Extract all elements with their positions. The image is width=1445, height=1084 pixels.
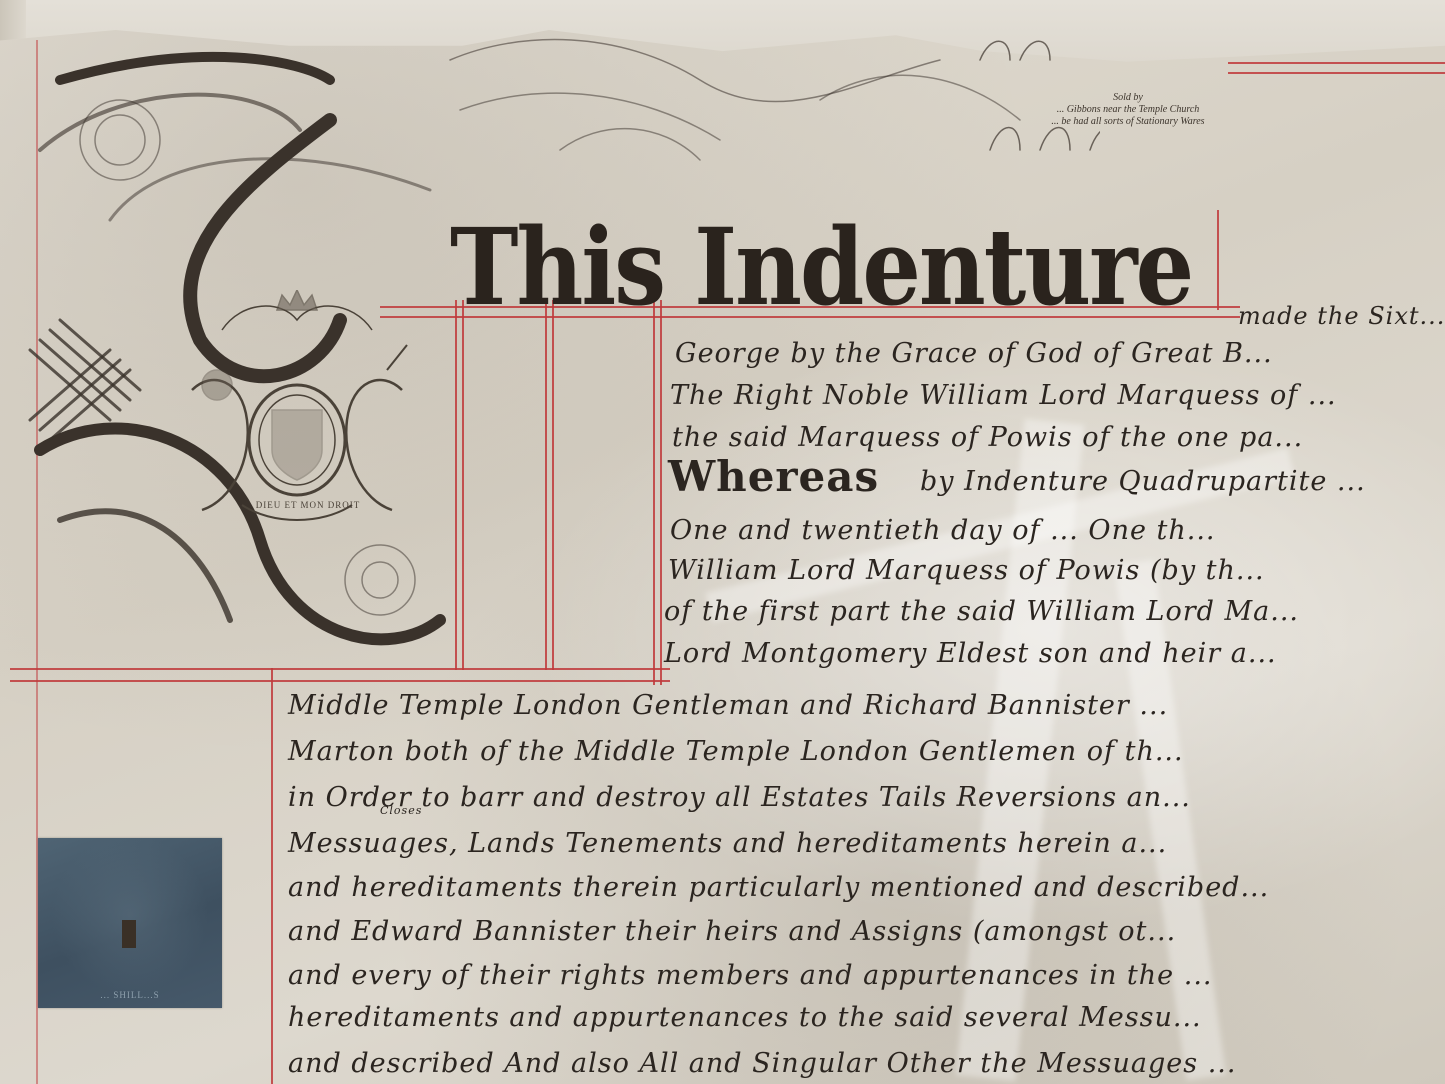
- red-rule: [1228, 62, 1445, 64]
- text-line: and hereditaments therein particularly m…: [288, 872, 1269, 903]
- revenue-stamp: ... SHILL...S: [38, 838, 222, 1008]
- stamp-text: ... SHILL...S: [38, 990, 222, 1000]
- text-line: of the first part the said William Lord …: [664, 596, 1299, 627]
- red-rule: [10, 680, 670, 682]
- royal-coat-of-arms-icon: [162, 290, 432, 530]
- text-line: Messuages, Lands Tenements and hereditam…: [288, 828, 1167, 859]
- text-line: and Edward Bannister their heirs and Ass…: [288, 916, 1176, 947]
- text-line: the said Marquess of Powis of the one pa…: [672, 422, 1303, 453]
- text-line: William Lord Marquess of Powis (by th...: [668, 555, 1265, 586]
- text-line: George by the Grace of God of Great B...: [675, 338, 1273, 369]
- stationer-imprint-line: ... Gibbons near the Temple Church: [1028, 104, 1228, 116]
- whereas-heading: Whereas: [668, 452, 879, 501]
- text-line: hereditaments and appurtenances to the s…: [288, 1002, 1202, 1033]
- stationer-imprint-line: ... be had all sorts of Stationary Wares: [1028, 116, 1228, 128]
- text-line: and described And also All and Singular …: [288, 1048, 1236, 1079]
- text-line: by Indenture Quadrupartite ...: [920, 466, 1366, 497]
- text-line: in Order to barr and destroy all Estates…: [288, 782, 1191, 813]
- stamp-tag-hole: [122, 920, 136, 948]
- stationer-imprint: Sold by ... Gibbons near the Temple Chur…: [1028, 92, 1228, 128]
- red-rule: [271, 668, 273, 1084]
- crest-motto: DIEU ET MON DROIT: [238, 500, 378, 510]
- text-line: The Right Noble William Lord Marquess of…: [670, 380, 1337, 411]
- red-rule: [1228, 72, 1445, 74]
- text-line: Lord Montgomery Eldest son and heir a...: [664, 638, 1277, 669]
- stationer-imprint-line: Sold by: [1028, 92, 1228, 104]
- text-line: made the Sixt...: [1238, 302, 1445, 330]
- document-title: This Indenture: [450, 205, 1192, 329]
- interlinear-note: Closes: [380, 804, 422, 817]
- text-line: Middle Temple London Gentleman and Richa…: [288, 690, 1168, 721]
- red-rule: [1217, 210, 1219, 310]
- text-line: One and twentieth day of ... One th...: [670, 515, 1216, 546]
- text-line: and every of their rights members and ap…: [288, 960, 1212, 991]
- text-line: Marton both of the Middle Temple London …: [288, 736, 1184, 767]
